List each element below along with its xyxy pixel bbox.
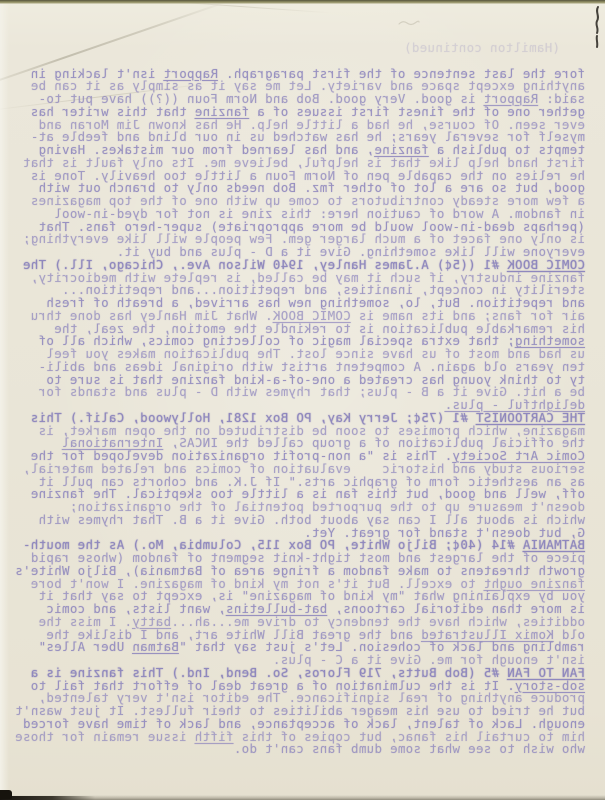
- mirrored-page-content: (Hamilton continued) fore the last sente…: [0, 42, 605, 756]
- text-line: who wish to see what some dumb fans can'…: [29, 743, 585, 756]
- scan-corner-mark: [0, 790, 12, 799]
- smudge-mark: [398, 12, 420, 20]
- body-text: fore the last sentence of the first para…: [29, 68, 585, 757]
- running-header: (Hamilton continued): [29, 42, 560, 55]
- ditto-text-column: (Hamilton continued) fore the last sente…: [29, 42, 585, 756]
- scanned-document-page: { "document": { "mirrored": true, "runni…: [0, 0, 605, 800]
- text-line: isn't enough for me. Give it a C - plus.: [29, 654, 585, 667]
- scan-top-edge: [0, 0, 605, 4]
- scan-bottom-edge-shadow: [0, 796, 95, 800]
- text-line: delightful - plus.: [29, 399, 585, 412]
- text-line: everyone will like something. Give it a …: [29, 246, 585, 259]
- text-line: G, but doesn't stand for great. Yet.: [29, 527, 585, 540]
